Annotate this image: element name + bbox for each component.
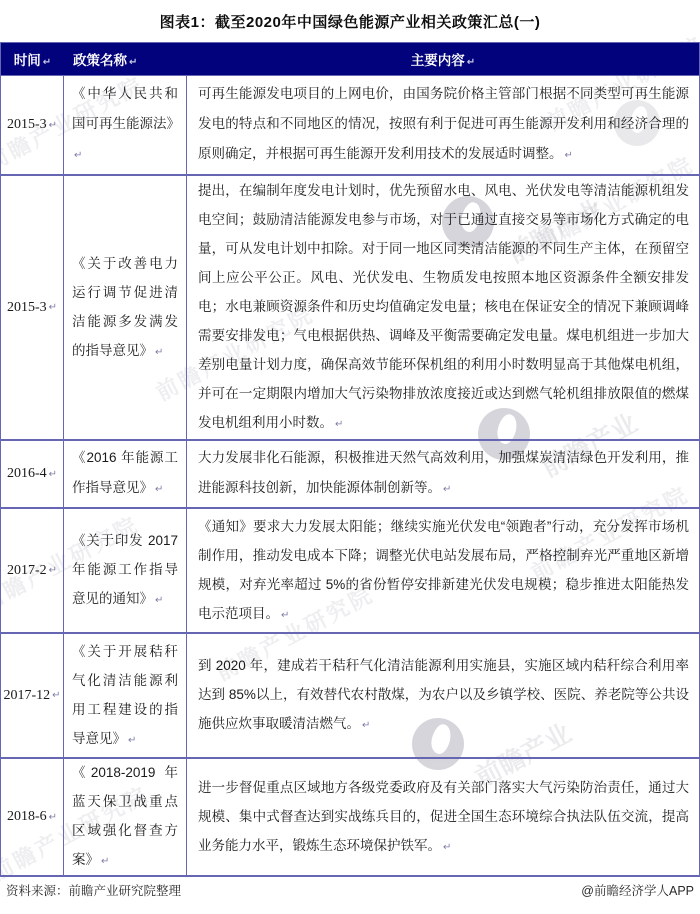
cell-policy-name: 《关于印发 2017 年能源工作指导意见的通知》↵ <box>64 509 187 632</box>
cell-main-content: 到 2020 年，建成若干秸秆气化清洁能源利用实施县，实施区域内秸秆综合利用率达… <box>187 634 699 757</box>
cell-date: 2016-4↵ <box>1 441 64 507</box>
paragraph-mark: ↵ <box>128 735 136 746</box>
cell-policy-name: 《关于开展秸秆气化清洁能源利用工程建设的指导意见》↵ <box>64 634 187 757</box>
date-value: 2018-6 <box>7 809 47 825</box>
cell-date: 2018-6↵ <box>1 759 64 875</box>
paragraph-mark: ↵ <box>155 484 163 495</box>
cell-main-content: 可再生能源发电项目的上网电价，由国务院价格主管部门根据不同类型可再生能源发电的特… <box>187 76 699 174</box>
source-note: 资料来源：前瞻产业研究院整理 <box>6 881 181 899</box>
policy-name: 《关于改善电力运行调节促进清洁能源多发满发的指导意见》 <box>72 256 178 358</box>
paragraph-mark: ↵ <box>49 120 57 131</box>
paragraph-mark: ↵ <box>335 419 343 430</box>
cell-policy-name: 《2016 年能源工作指导意见》↵ <box>64 441 187 507</box>
figure-page: 图表1：截至2020年中国绿色能源产业相关政策汇总(一) 前瞻产业研究院 前瞻产… <box>0 0 700 914</box>
date-value: 2017-12 <box>3 688 50 704</box>
date-value: 2015-3 <box>7 117 47 133</box>
table-row: 2015-3↵ 《中华人民共和国可再生能源法》↵ 可再生能源发电项目的上网电价，… <box>1 76 699 176</box>
table-row: 2017-2↵ 《关于印发 2017 年能源工作指导意见的通知》↵ 《通知》要求… <box>1 509 699 634</box>
header-cell-time: 时间↵ <box>1 49 64 69</box>
policy-content: 到 2020 年，建成若干秸秆气化清洁能源利用实施县，实施区域内秸秆综合利用率达… <box>198 658 689 731</box>
paragraph-mark: ↵ <box>43 57 51 68</box>
paragraph-mark: ↵ <box>155 347 163 358</box>
cell-date: 2015-3↵ <box>1 76 64 174</box>
table-row: 2018-6↵ 《2018-2019 年蓝天保卫战重点区域强化督查方案》↵ 进一… <box>1 759 699 877</box>
table-row: 2017-12↵ 《关于开展秸秆气化清洁能源利用工程建设的指导意见》↵ 到 20… <box>1 634 699 759</box>
header-label: 主要内容 <box>411 53 465 68</box>
paragraph-mark: ↵ <box>443 842 451 853</box>
date-value: 2017-2 <box>7 563 47 579</box>
policy-content: 可再生能源发电项目的上网电价，由国务院价格主管部门根据不同类型可再生能源发电的特… <box>198 86 689 161</box>
date-value: 2015-3 <box>7 300 47 316</box>
cell-main-content: 提出，在编制年度发电计划时，优先预留水电、风电、光伏发电等清洁能源机组发电空间；… <box>187 176 699 439</box>
policy-name: 《2018-2019 年蓝天保卫战重点区域强化督查方案》 <box>72 765 178 867</box>
paragraph-mark: ↵ <box>101 856 109 867</box>
credit-note: @前瞻经济学人APP <box>581 881 694 899</box>
header-label: 时间 <box>14 53 41 68</box>
paragraph-mark: ↵ <box>74 150 82 161</box>
paragraph-mark: ↵ <box>281 610 289 621</box>
cell-policy-name: 《2018-2019 年蓝天保卫战重点区域强化督查方案》↵ <box>64 759 187 875</box>
header-label: 政策名称 <box>73 53 127 68</box>
paragraph-mark: ↵ <box>362 720 370 731</box>
policy-content: 《通知》要求大力发展太阳能；继续实施光伏发电“领跑者”行动，充分发挥市场机制作用… <box>198 519 689 621</box>
paragraph-mark: ↵ <box>49 812 57 823</box>
paragraph-mark: ↵ <box>443 484 451 495</box>
paragraph-mark: ↵ <box>129 57 137 68</box>
policy-name: 《关于开展秸秆气化清洁能源利用工程建设的指导意见》 <box>72 644 178 746</box>
footer: 资料来源：前瞻产业研究院整理 @前瞻经济学人APP <box>6 881 694 899</box>
paragraph-mark: ↵ <box>467 57 475 68</box>
page-title: 图表1：截至2020年中国绿色能源产业相关政策汇总(一) <box>0 11 700 32</box>
header-cell-policy-name: 政策名称↵ <box>64 49 187 69</box>
paragraph-mark: ↵ <box>49 302 57 313</box>
cell-main-content: 大力发展非化石能源，积极推进天然气高效利用，加强煤炭清洁绿色开发利用，推进能源科… <box>187 441 699 507</box>
cell-main-content: 《通知》要求大力发展太阳能；继续实施光伏发电“领跑者”行动，充分发挥市场机制作用… <box>187 509 699 632</box>
cell-date: 2015-3↵ <box>1 176 64 439</box>
cell-main-content: 进一步督促重点区域地方各级党委政府及有关部门落实大气污染防治责任，通过大规模、集… <box>187 759 699 875</box>
table-row: 2015-3↵ 《关于改善电力运行调节促进清洁能源多发满发的指导意见》↵ 提出，… <box>1 176 699 441</box>
policy-table: 时间↵ 政策名称↵ 主要内容↵ 2015-3↵ 《中华人民共和国可再生能源法》↵… <box>0 42 700 877</box>
paragraph-mark: ↵ <box>52 690 60 701</box>
paragraph-mark: ↵ <box>155 595 163 606</box>
date-value: 2016-4 <box>7 466 47 482</box>
table-header-row: 时间↵ 政策名称↵ 主要内容↵ <box>1 43 699 76</box>
policy-name: 《中华人民共和国可再生能源法》 <box>72 86 180 131</box>
paragraph-mark: ↵ <box>49 469 57 480</box>
cell-policy-name: 《关于改善电力运行调节促进清洁能源多发满发的指导意见》↵ <box>64 176 187 439</box>
cell-date: 2017-2↵ <box>1 509 64 632</box>
table-row: 2016-4↵ 《2016 年能源工作指导意见》↵ 大力发展非化石能源，积极推进… <box>1 441 699 509</box>
cell-policy-name: 《中华人民共和国可再生能源法》↵ <box>64 76 187 174</box>
paragraph-mark: ↵ <box>49 565 57 576</box>
cell-date: 2017-12↵ <box>1 634 64 757</box>
policy-content: 提出，在编制年度发电计划时，优先预留水电、风电、光伏发电等清洁能源机组发电空间；… <box>198 183 689 430</box>
paragraph-mark: ↵ <box>565 150 573 161</box>
header-cell-main-content: 主要内容↵ <box>187 49 699 69</box>
